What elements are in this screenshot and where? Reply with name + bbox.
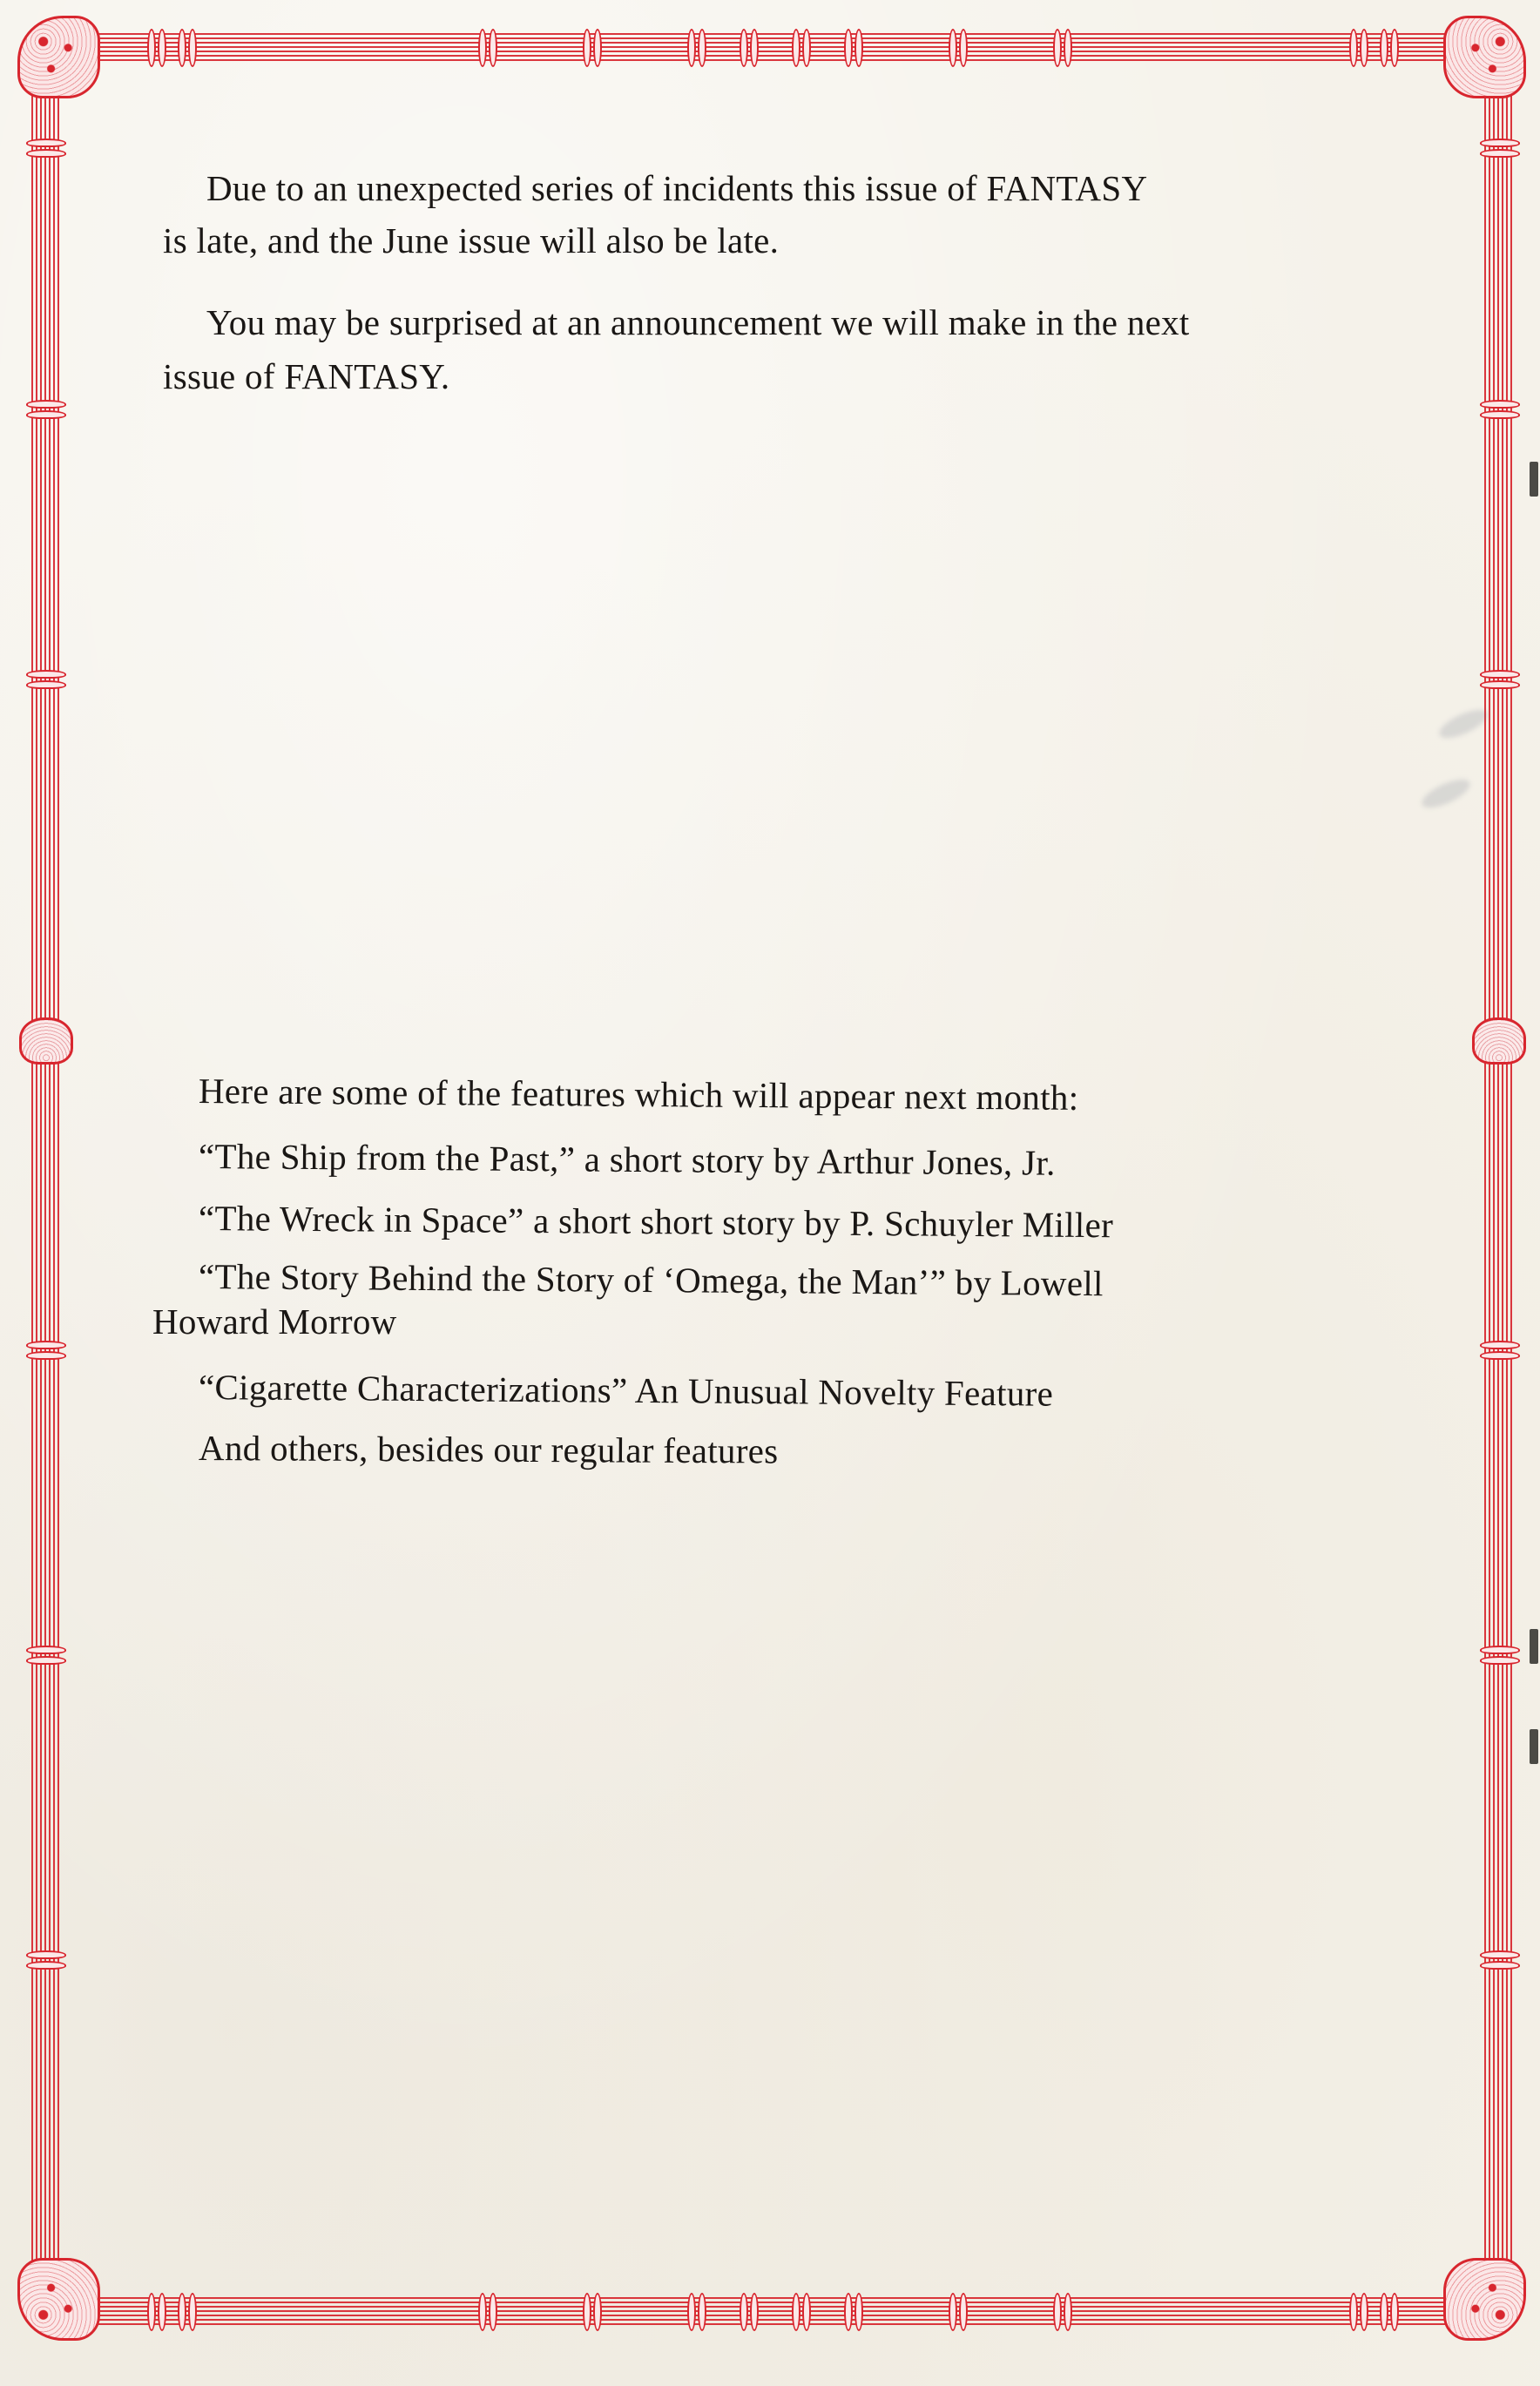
border-knot-icon: [147, 29, 166, 67]
border-knot-icon: [1480, 139, 1520, 158]
binding-mark: [1530, 1629, 1538, 1664]
notice-paragraph-2-line-2: issue of FANTASY.: [163, 359, 449, 395]
border-bottom-band: [78, 2297, 1462, 2327]
border-knot-icon: [792, 2293, 811, 2331]
border-knot-icon: [949, 2293, 968, 2331]
border-knot-icon: [583, 2293, 602, 2331]
border-knot-icon: [1349, 2293, 1368, 2331]
border-knot-icon: [26, 1341, 66, 1360]
border-knot-icon: [740, 29, 759, 67]
border-knot-icon: [740, 2293, 759, 2331]
border-knot-icon: [178, 2293, 197, 2331]
feature-item: “The Ship from the Past,” a short story …: [199, 1139, 1056, 1181]
border-knot-icon: [478, 2293, 497, 2331]
border-knot-icon: [178, 29, 197, 67]
border-knot-icon: [1380, 29, 1399, 67]
border-top-band: [78, 33, 1462, 63]
right-shell-ornament-icon: [1472, 1017, 1526, 1065]
feature-item: “The Story Behind the Story of ‘Omega, t…: [199, 1259, 1104, 1301]
border-knot-icon: [1380, 2293, 1399, 2331]
border-knot-icon: [478, 29, 497, 67]
binding-mark: [1530, 1729, 1538, 1764]
border-knot-icon: [26, 139, 66, 158]
border-knot-icon: [1053, 29, 1072, 67]
border-knot-icon: [687, 29, 706, 67]
border-knot-icon: [1480, 400, 1520, 419]
notice-paragraph-2-line-1: You may be surprised at an announcement …: [206, 305, 1190, 341]
border-knot-icon: [1480, 670, 1520, 689]
notice-paragraph-1-line-1: Due to an unexpected series of incidents…: [206, 171, 1147, 206]
feature-item-continuation: Howard Morrow: [152, 1304, 397, 1340]
left-shell-ornament-icon: [19, 1017, 73, 1065]
border-knot-icon: [583, 29, 602, 67]
border-knot-icon: [26, 1646, 66, 1665]
border-knot-icon: [1053, 2293, 1072, 2331]
notice-paragraph-1-line-2: is late, and the June issue will also be…: [163, 223, 779, 259]
border-knot-icon: [26, 670, 66, 689]
feature-item: “The Wreck in Space” a short short story…: [199, 1200, 1113, 1243]
features-intro: Here are some of the features which will…: [199, 1073, 1079, 1116]
border-knot-icon: [687, 2293, 706, 2331]
border-knot-icon: [1349, 29, 1368, 67]
features-closing: And others, besides our regular features: [199, 1430, 779, 1469]
border-knot-icon: [792, 29, 811, 67]
border-knot-icon: [1480, 1646, 1520, 1665]
feature-item: “Cigarette Characterizations” An Unusual…: [199, 1369, 1053, 1412]
border-knot-icon: [147, 2293, 166, 2331]
border-knot-icon: [1480, 1950, 1520, 1970]
binding-mark: [1530, 462, 1538, 497]
border-knot-icon: [26, 1950, 66, 1970]
border-knot-icon: [1480, 1341, 1520, 1360]
border-knot-icon: [844, 29, 863, 67]
border-knot-icon: [949, 29, 968, 67]
border-knot-icon: [844, 2293, 863, 2331]
border-knot-icon: [26, 400, 66, 419]
